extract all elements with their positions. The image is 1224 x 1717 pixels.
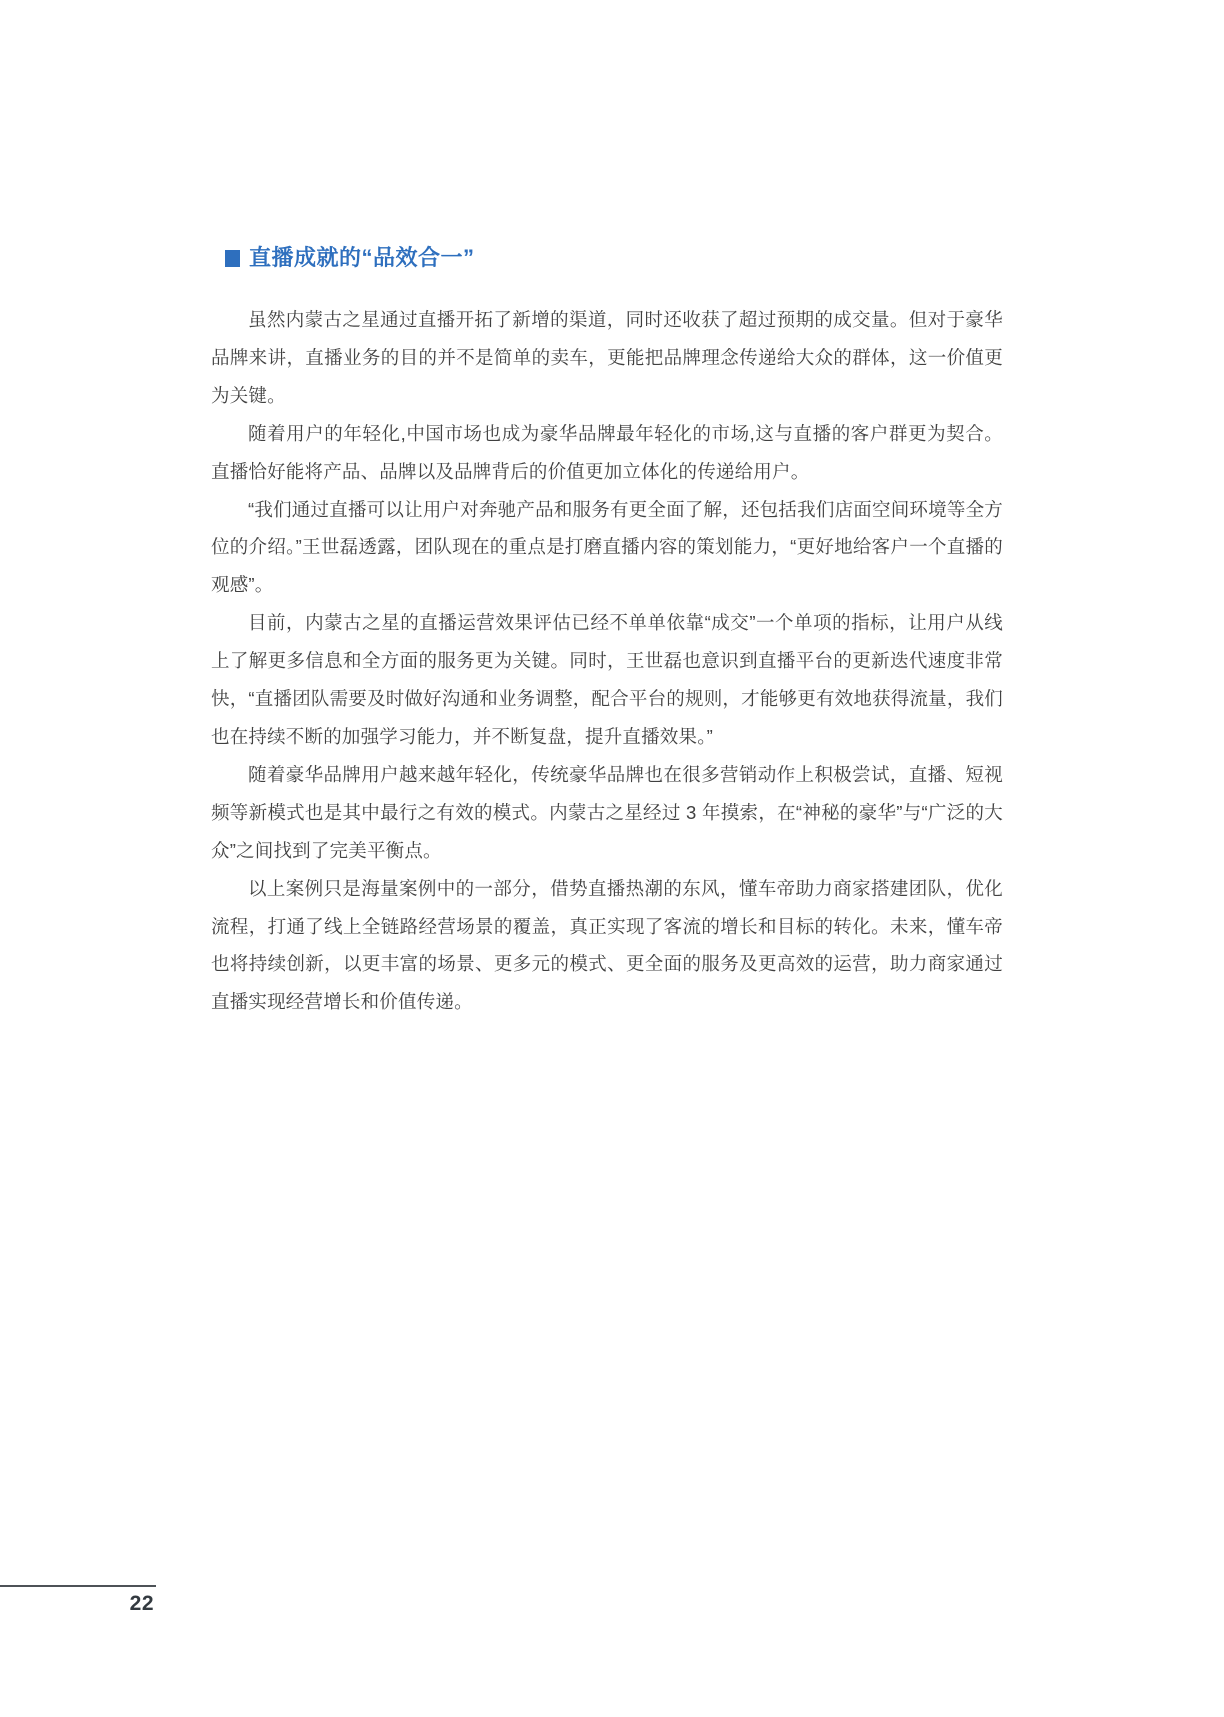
body-paragraph: 随着豪华品牌用户越来越年轻化，传统豪华品牌也在很多营销动作上积极尝试，直播、短视…	[211, 756, 1003, 870]
section-marker-square-icon	[225, 250, 240, 267]
page-number: 22	[116, 1592, 154, 1616]
body-paragraph: 虽然内蒙古之星通过直播开拓了新增的渠道，同时还收获了超过预期的成交量。但对于豪华…	[211, 301, 1003, 415]
body-paragraph: 随着用户的年轻化,中国市场也成为豪华品牌最年轻化的市场,这与直播的客户群更为契合…	[211, 415, 1003, 491]
body-paragraph: 目前，内蒙古之星的直播运营效果评估已经不单单依靠“成交”一个单项的指标，让用户从…	[211, 604, 1003, 756]
section-heading: 直播成就的“品效合一”	[225, 247, 1003, 269]
document-page: { "theme": { "accent_color": "#2e6fbe", …	[0, 0, 1224, 1717]
body-paragraph: “我们通过直播可以让用户对奔驰产品和服务有更全面了解，还包括我们店面空间环境等全…	[211, 491, 1003, 605]
section-title: 直播成就的“品效合一”	[249, 247, 475, 269]
body-text-block: 虽然内蒙古之星通过直播开拓了新增的渠道，同时还收获了超过预期的成交量。但对于豪华…	[211, 301, 1003, 1021]
body-paragraph: 以上案例只是海量案例中的一部分，借势直播热潮的东风，懂车帝助力商家搭建团队，优化…	[211, 870, 1003, 1022]
footer-divider	[0, 1585, 156, 1587]
page-content: 直播成就的“品效合一” 虽然内蒙古之星通过直播开拓了新增的渠道，同时还收获了超过…	[211, 247, 1003, 1021]
